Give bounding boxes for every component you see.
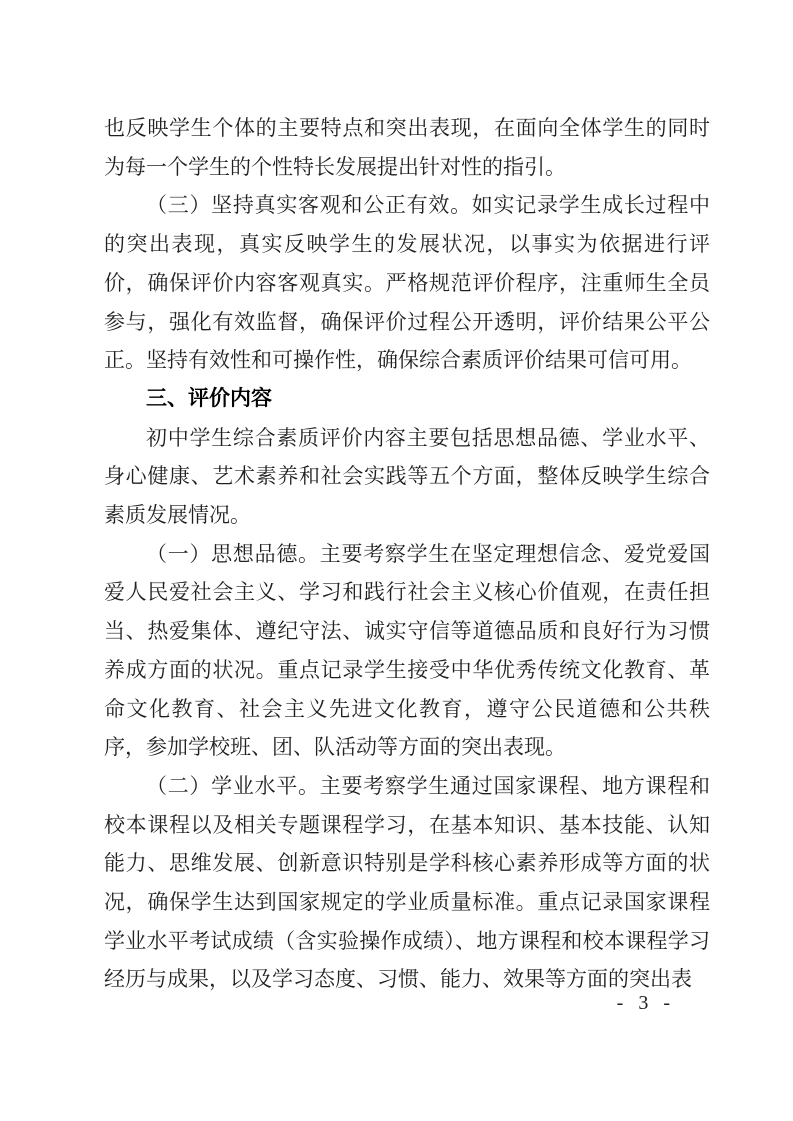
paragraph-content-overview: 初中学生综合素质评价内容主要包括思想品德、学业水平、身心健康、艺术素养和社会实践… xyxy=(104,419,710,535)
paragraph-academic-level: （二）学业水平。主要考察学生通过国家课程、地方课程和校本课程以及相关专题课程学习… xyxy=(104,767,710,999)
document-page: 也反映学生个体的主要特点和突出表现，在面向全体学生的同时为每一个学生的个性特长发… xyxy=(0,0,793,1121)
paragraph-principle-3: （三）坚持真实客观和公正有效。如实记录学生成长过程中的突出表现，真实反映学生的发… xyxy=(104,186,710,380)
section-heading-evaluation-content: 三、评价内容 xyxy=(104,380,710,419)
paragraph-continuation: 也反映学生个体的主要特点和突出表现，在面向全体学生的同时为每一个学生的个性特长发… xyxy=(104,109,710,186)
document-body: 也反映学生个体的主要特点和突出表现，在面向全体学生的同时为每一个学生的个性特长发… xyxy=(104,109,710,999)
page-number: - 3 - xyxy=(617,992,675,1015)
paragraph-moral-character: （一）思想品德。主要考察学生在坚定理想信念、爱党爱国爱人民爱社会主义、学习和践行… xyxy=(104,535,710,767)
